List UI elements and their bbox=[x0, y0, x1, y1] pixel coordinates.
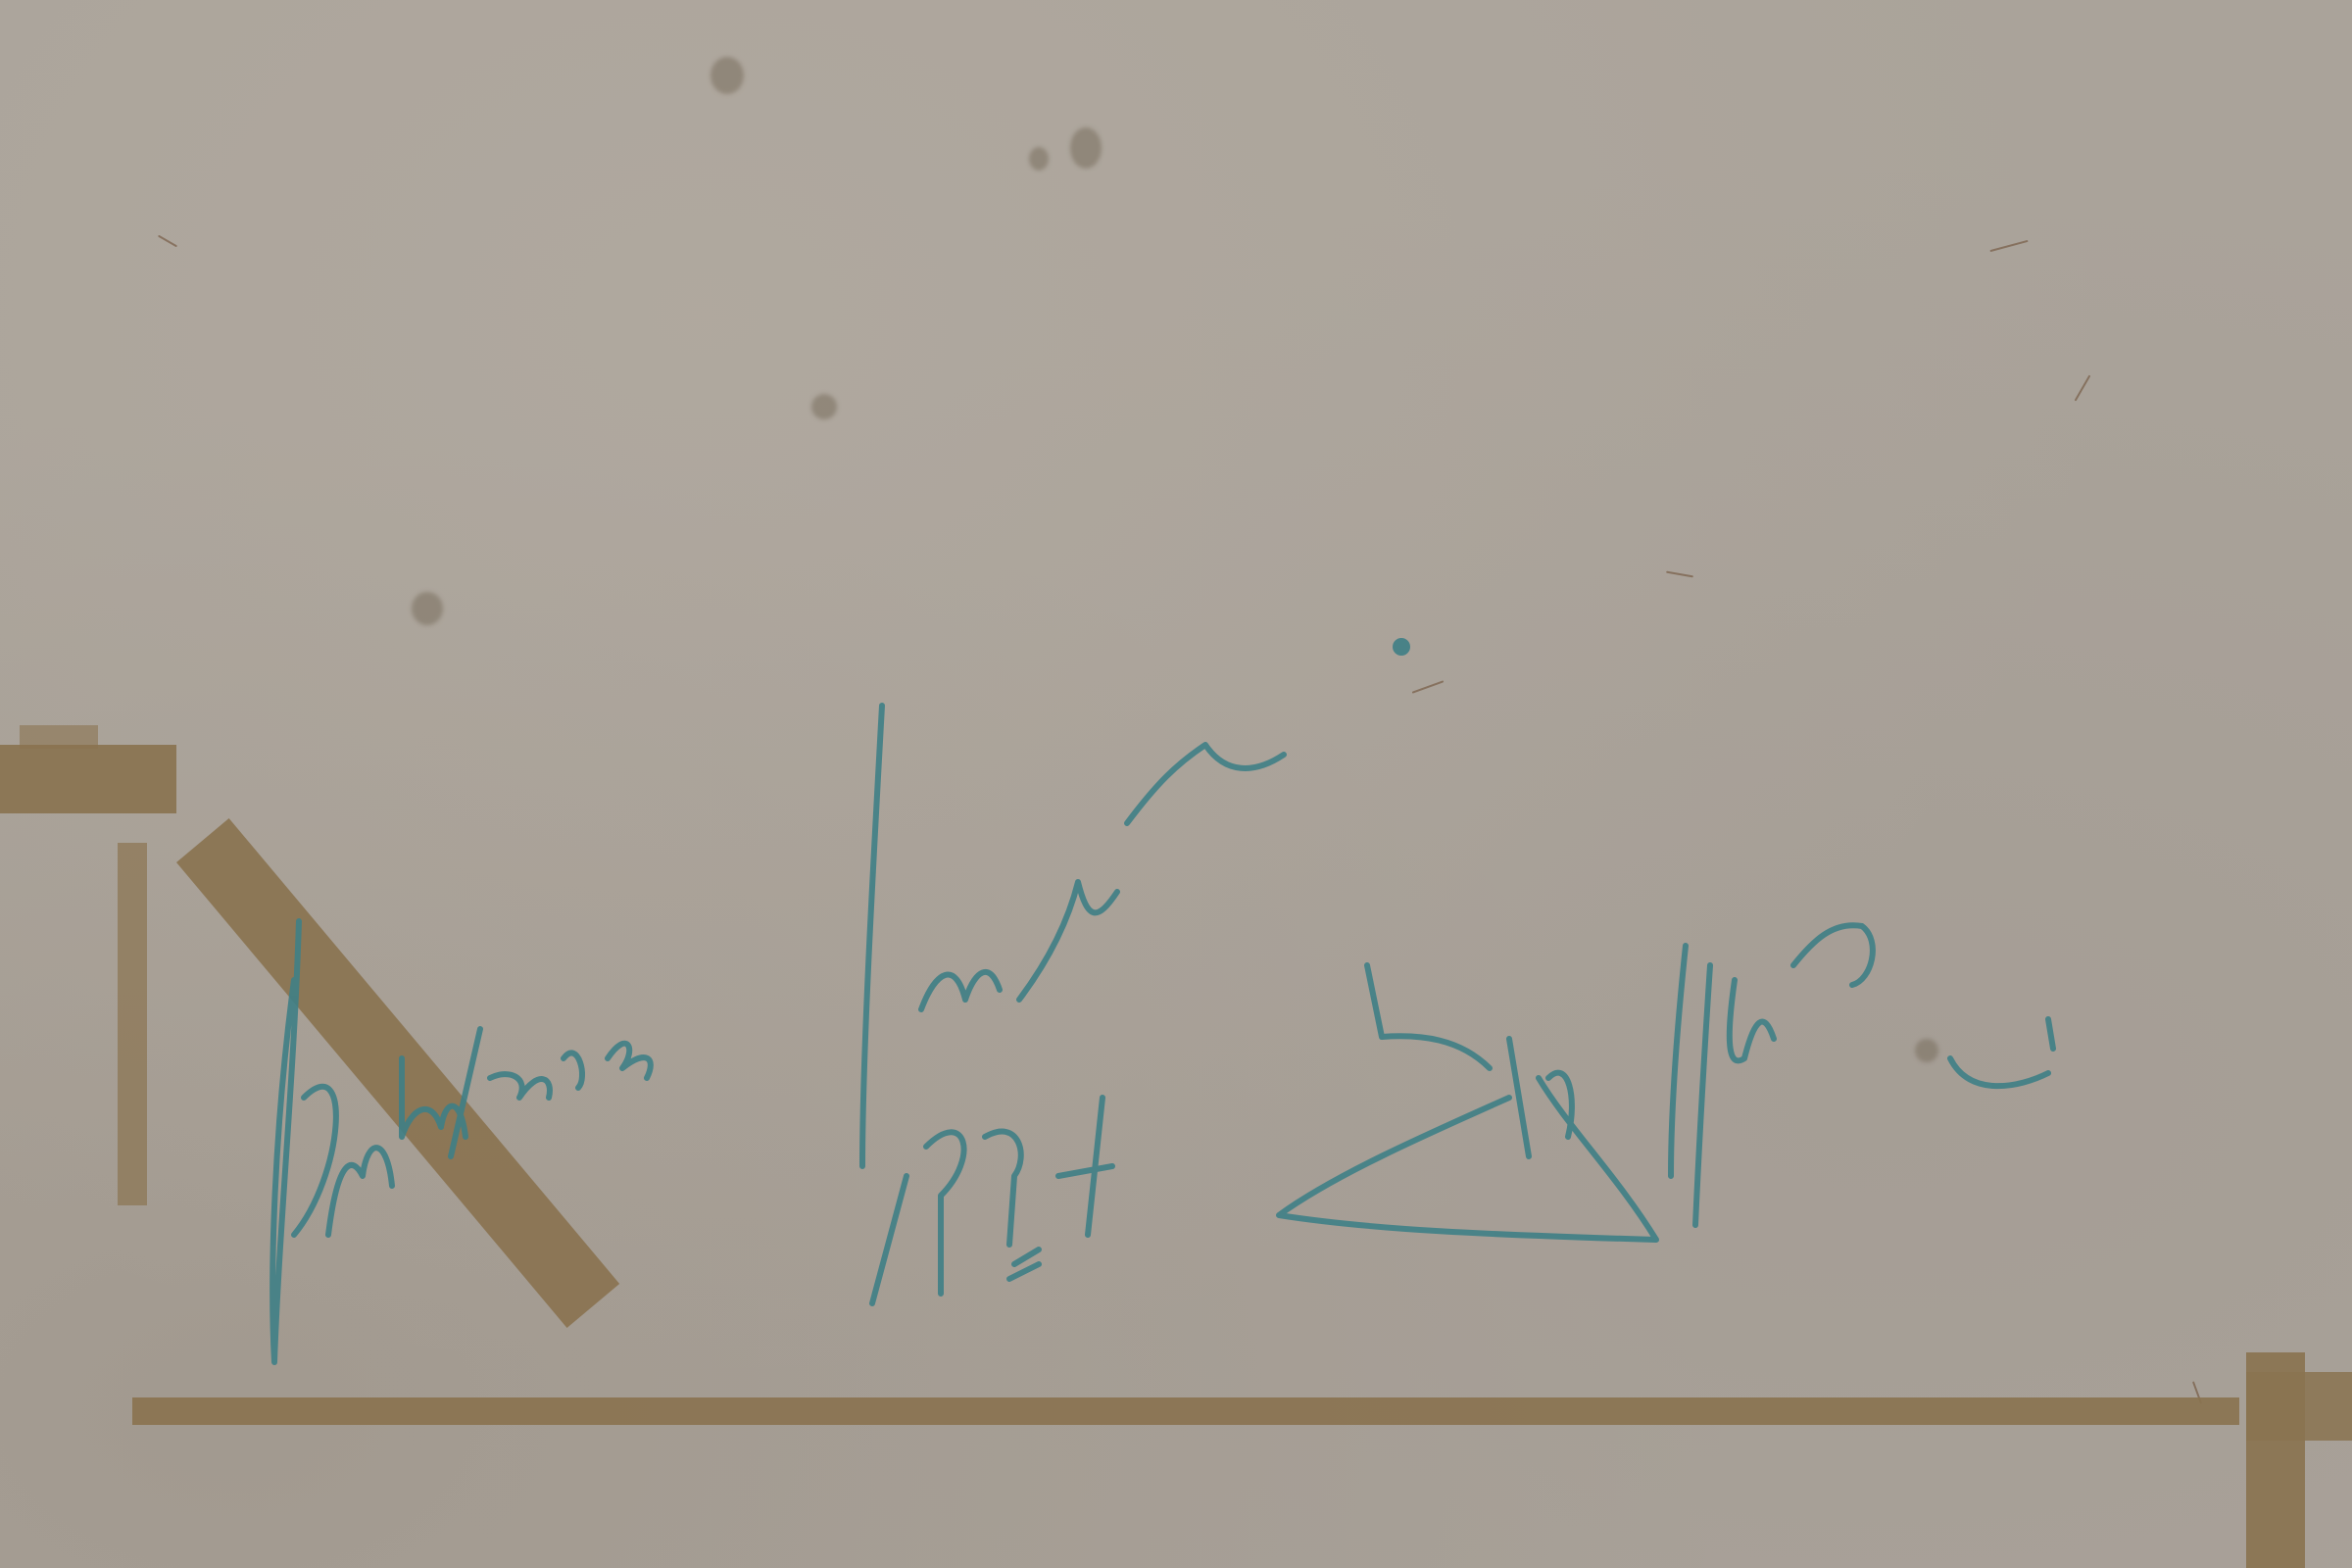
handwritten-inscription bbox=[0, 0, 2352, 1568]
cardboard-back: Fonbi dei esposizioni 1974 Jan Mucha bbox=[0, 0, 2352, 1568]
